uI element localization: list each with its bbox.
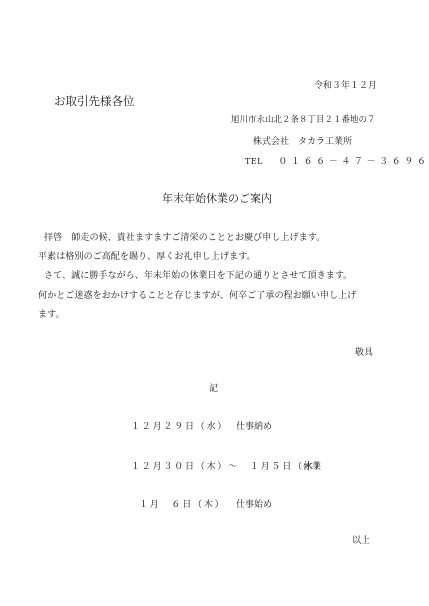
body-paragraph: 平素は格別のご高配を賜り、厚くお礼申し上げます。 bbox=[38, 249, 256, 262]
body-paragraph: 何かとご迷惑をおかけすることと存じますが、何卒ご了承の程お願い申し上げ bbox=[38, 288, 356, 301]
schedule-date: １２月２９日（水） bbox=[131, 419, 228, 432]
schedule-date: １月 ６日（木） bbox=[139, 497, 225, 510]
schedule-event: 仕事始め bbox=[236, 497, 272, 510]
body-paragraph: 拝啓 師走の候、貴社ますますご清栄のこととお慶び申し上げます。 bbox=[44, 230, 325, 243]
schedule-date: １２月３０日（木）～ １月５日（水） bbox=[131, 459, 325, 472]
notice-heading: 記 bbox=[209, 381, 218, 394]
closing-keigu: 敬具 bbox=[355, 345, 373, 358]
sender-address: 旭川市永山北２条８丁目２１番地の７ bbox=[231, 113, 376, 125]
sender-tel: TEL ０１６６－４７－３６９６ bbox=[245, 154, 429, 167]
end-mark: 以上 bbox=[352, 533, 370, 546]
body-paragraph: ます。 bbox=[38, 307, 65, 320]
sender-company: 株式会社 タカラ工業所 bbox=[253, 134, 352, 147]
body-paragraph: さて、誠に勝手ながら、年末年始の休業日を下記の通りとさせて頂きます。 bbox=[44, 268, 352, 281]
tel-number: ０１６６－４７－３６９６ bbox=[278, 157, 429, 167]
schedule-event: 仕事納め bbox=[236, 419, 272, 432]
tel-label: TEL bbox=[245, 157, 263, 166]
schedule-event: 休業 bbox=[303, 459, 321, 472]
document-title: 年末年始休業のご案内 bbox=[162, 190, 272, 206]
letter-date: 令和３年１２月 bbox=[314, 78, 377, 91]
recipient: お取引先様各位 bbox=[54, 93, 135, 109]
